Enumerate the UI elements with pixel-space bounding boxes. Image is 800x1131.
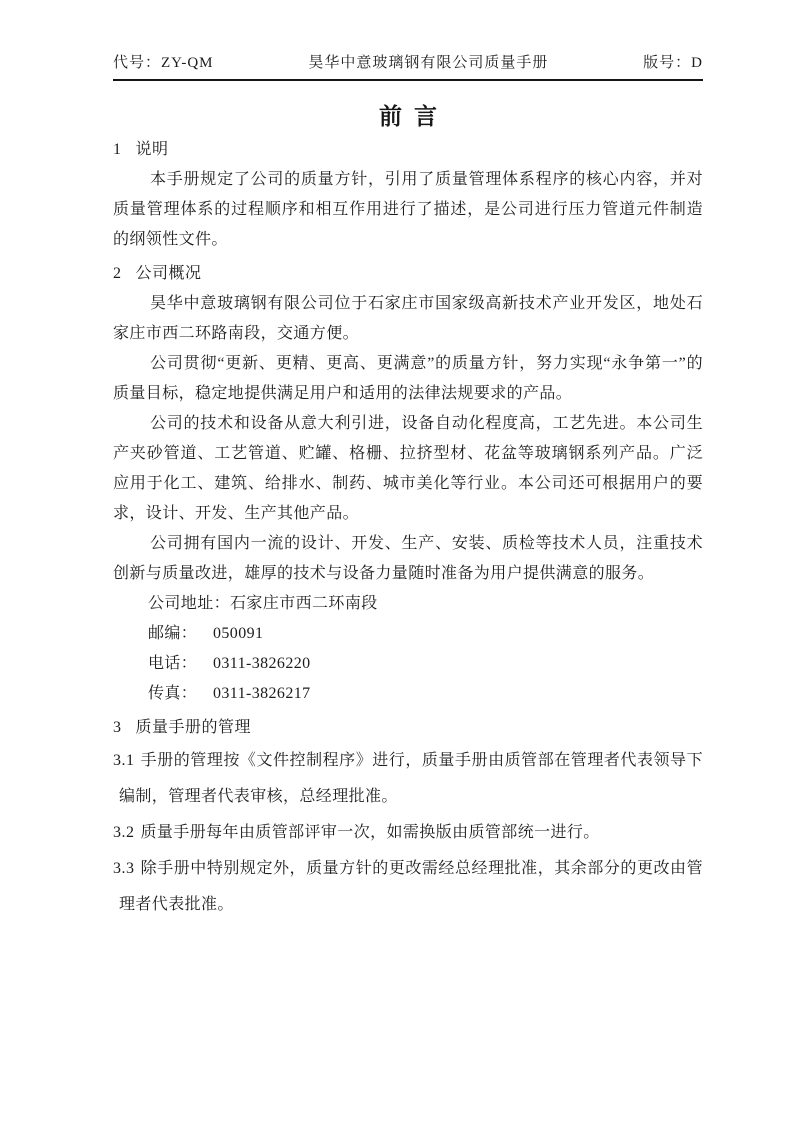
postcode-value: 050091: [213, 625, 263, 642]
address-value: 石家庄市西二环南段: [230, 595, 378, 612]
section-1: 1说明 本手册规定了公司的质量方针，引用了质量管理体系程序的核心内容，并对质量管…: [113, 135, 703, 255]
section-2-heading: 2公司概况: [113, 259, 703, 289]
contact-row-postcode: 邮编：050091: [148, 619, 703, 649]
section-2-number: 2: [113, 265, 122, 282]
page-title: 前言: [113, 103, 703, 131]
section-2-paragraph-2: 公司贯彻“更新、更精、更高、更满意”的质量方针，努力实现“永争第一”的质量目标，…: [113, 349, 703, 409]
document-page: 代号：ZY-QM 昊华中意玻璃钢有限公司质量手册 版号：D 前言 1说明 本手册…: [0, 0, 800, 1131]
page-header: 代号：ZY-QM 昊华中意玻璃钢有限公司质量手册 版号：D: [113, 53, 703, 81]
section-3-number: 3: [113, 719, 122, 736]
doc-header-title: 昊华中意玻璃钢有限公司质量手册: [214, 53, 644, 74]
section-1-paragraph: 本手册规定了公司的质量方针，引用了质量管理体系程序的核心内容，并对质量管理体系的…: [113, 165, 703, 255]
fax-label: 传真：: [148, 679, 213, 709]
clause-3-3: 3.3除手册中特别规定外，质量方针的更改需经总经理批准，其余部分的更改由管理者代…: [113, 851, 703, 923]
phone-label: 电话：: [148, 649, 213, 679]
fax-value: 0311-3826217: [213, 685, 311, 702]
section-2-heading-label: 公司概况: [136, 265, 202, 282]
phone-value: 0311-3826220: [213, 655, 311, 672]
doc-code: 代号：ZY-QM: [113, 53, 214, 74]
section-2-paragraph-4: 公司拥有国内一流的设计、开发、生产、安装、质检等技术人员，注重技术创新与质量改进…: [113, 529, 703, 589]
clause-3-1: 3.1手册的管理按《文件控制程序》进行，质量手册由质管部在管理者代表领导下编制，…: [113, 743, 703, 815]
clause-3-1-number: 3.1: [113, 752, 135, 769]
clause-3-2: 3.2质量手册每年由质管部评审一次，如需换版由质管部统一进行。: [113, 815, 703, 851]
clause-3-3-text: 除手册中特别规定外，质量方针的更改需经总经理批准，其余部分的更改由管理者代表批准…: [119, 860, 703, 913]
section-3-heading: 3质量手册的管理: [113, 713, 703, 743]
section-1-number: 1: [113, 141, 122, 158]
clause-3-2-number: 3.2: [113, 824, 135, 841]
doc-version: 版号：D: [643, 53, 703, 74]
contact-row-phone: 电话：0311-3826220: [148, 649, 703, 679]
section-1-heading-label: 说明: [136, 141, 169, 158]
section-3: 3质量手册的管理 3.1手册的管理按《文件控制程序》进行，质量手册由质管部在管理…: [113, 713, 703, 923]
section-2-paragraph-3: 公司的技术和设备从意大利引进，设备自动化程度高，工艺先进。本公司生产夹砂管道、工…: [113, 409, 703, 529]
section-3-heading-label: 质量手册的管理: [136, 719, 252, 736]
clause-3-1-text: 手册的管理按《文件控制程序》进行，质量手册由质管部在管理者代表领导下编制，管理者…: [119, 752, 703, 805]
address-label: 公司地址：: [148, 595, 230, 612]
contact-row-fax: 传真：0311-3826217: [148, 679, 703, 709]
clause-3-2-text: 质量手册每年由质管部评审一次，如需换版由质管部统一进行。: [141, 824, 600, 841]
section-2-paragraph-1: 昊华中意玻璃钢有限公司位于石家庄市国家级高新技术产业开发区，地处石家庄市西二环路…: [113, 289, 703, 349]
postcode-label: 邮编：: [148, 619, 213, 649]
company-address-line: 公司地址：石家庄市西二环南段: [148, 589, 703, 619]
clause-3-3-number: 3.3: [113, 860, 135, 877]
section-1-heading: 1说明: [113, 135, 703, 165]
section-2: 2公司概况 昊华中意玻璃钢有限公司位于石家庄市国家级高新技术产业开发区，地处石家…: [113, 259, 703, 709]
